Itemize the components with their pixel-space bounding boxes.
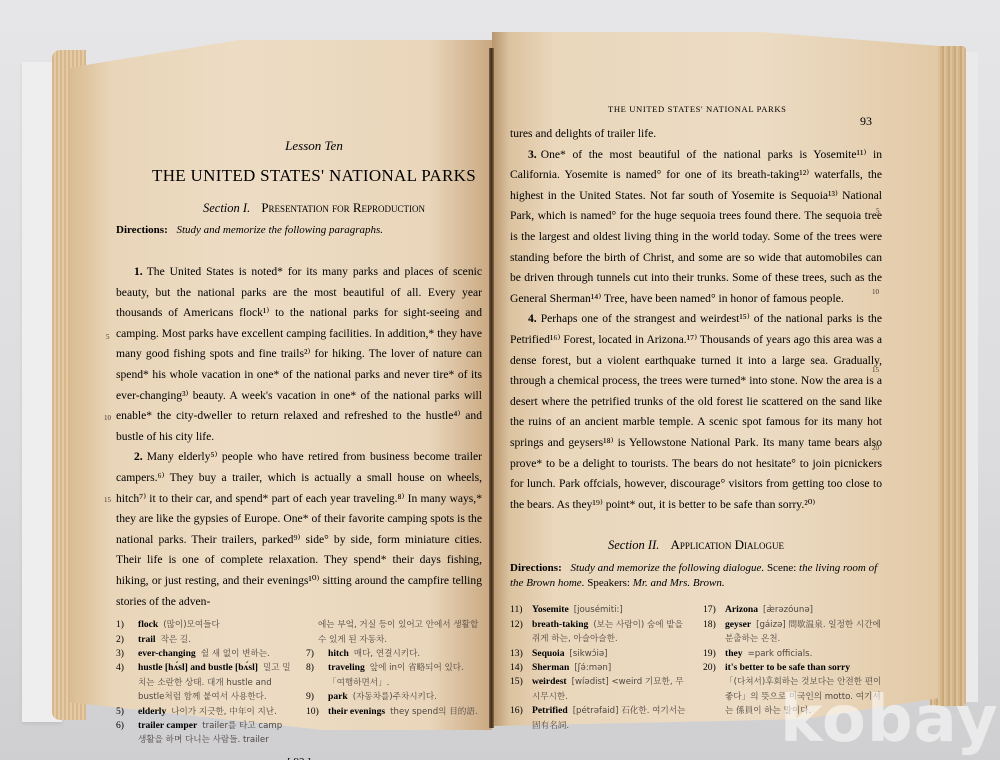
footnote: 16)Petrified[pétrəfaid] 石化한. 여기서는 固有名詞. (510, 704, 689, 733)
paragraph-2: 2.Many elderly⁵⁾ people who have retired… (116, 447, 482, 612)
paragraph-number: 2. (134, 450, 143, 463)
directions-text: Study and memorize the following paragra… (176, 224, 383, 236)
footnote: 8)traveling앞에 in이 省略되어 있다. 「여행하면서」. (306, 661, 482, 690)
directions-text: Study and memorize the following dialogu… (570, 562, 764, 574)
section-name: Application Dialogue (670, 537, 784, 552)
paragraph-continuation: tures and delights of trailer life. (510, 124, 882, 145)
page-folio: [ 92 ] (116, 756, 482, 760)
section-heading: Section II. Application Dialogue (510, 537, 882, 553)
book-photo: Lesson Ten THE UNITED STATES' NATIONAL P… (0, 0, 1000, 760)
line-number: 15 (104, 496, 111, 504)
line-number: 10 (872, 288, 879, 296)
paragraph-1: 1.The United States is noted* for its ma… (116, 262, 482, 447)
book-gutter (489, 48, 494, 728)
running-head: THE UNITED STATES' NATIONAL PARKS (608, 104, 787, 114)
speakers-text: Mr. and Mrs. Brown. (633, 577, 725, 589)
footnote: 6)trailer campertrailer를 타고 camp 생활을 하며 … (116, 719, 292, 748)
footnotes-column-1: 1)flock(많이)모여들다 2)trail작은 길. 3)ever-chan… (116, 618, 292, 748)
watermark-logo: kobay (780, 688, 999, 752)
section-number: Section II. (608, 538, 659, 552)
paragraph-text: Perhaps one of the strangest and weirdes… (510, 312, 882, 510)
footnote: 12)breath-taking(보는 사람이) 숨에 밭을 쥐게 하는, 아슬… (510, 618, 689, 647)
line-number: 20 (872, 444, 879, 452)
section-number: Section I. (203, 201, 250, 215)
footnote-continuation: 에는 부엌, 거실 등이 있어고 안에서 생활할 수 있게 된 자동차. (306, 618, 482, 647)
footnote: 11)Yosemite[jousémiti:] (510, 603, 689, 617)
footnotes-column-2: 에는 부엌, 거실 등이 있어고 안에서 생활할 수 있게 된 자동차. 7)h… (306, 618, 482, 748)
footnote: 13)Sequoia[sikwɔ́iə] (510, 647, 689, 661)
footnotes: 1)flock(많이)모여들다 2)trail작은 길. 3)ever-chan… (116, 618, 482, 748)
paragraph-number: 3. (528, 148, 537, 161)
line-number: 5 (876, 207, 880, 215)
directions: Directions: Study and memorize the follo… (510, 561, 882, 591)
footnote: 4)hustle [hʌ́sl] and bustle [bʌ́sl]밀고 밀치… (116, 661, 292, 704)
footnote: 1)flock(많이)모여들다 (116, 618, 292, 632)
right-page-content: tures and delights of trailer life. 3.On… (510, 124, 882, 733)
directions-label: Directions: (116, 224, 168, 236)
paragraph-3: 3.One* of the most beautiful of the nati… (510, 145, 882, 310)
directions: Directions: Study and memorize the follo… (116, 224, 482, 236)
paragraph-text: Many elderly⁵⁾ people who have retired f… (116, 450, 482, 607)
section-name: Presentation for Reproduction (261, 200, 425, 215)
footnote: 7)hitch매다, 연결시키다. (306, 647, 482, 661)
footnote: 10)their eveningsthey spend의 目的語. (306, 705, 482, 719)
left-page-content: Lesson Ten THE UNITED STATES' NATIONAL P… (116, 138, 482, 760)
paragraph-text: The United States is noted* for its many… (116, 265, 482, 443)
footnote: 2)trail작은 길. (116, 633, 292, 647)
paragraph-number: 4. (528, 312, 537, 325)
footnote: 19)they=park officials. (703, 647, 882, 661)
footnote: 15)weirdest[wíədist] <weird 기묘한, 무시무시한. (510, 675, 689, 704)
footnote: 14)Sherman[ʃə́:mən] (510, 661, 689, 675)
line-number: 15 (872, 366, 879, 374)
lesson-title: Lesson Ten (146, 138, 482, 154)
footnote: 9)park(자동차를)주차시키다. (306, 690, 482, 704)
footnote: 5)elderly나이가 지긋한, 中年이 지난. (116, 705, 292, 719)
lesson-heading: THE UNITED STATES' NATIONAL PARKS (146, 166, 482, 186)
scene-label: Scene: (767, 562, 796, 574)
footnote: 17)Arizona[æ̀rəzóunə] (703, 603, 882, 617)
paragraph-4: 4.Perhaps one of the strangest and weird… (510, 309, 882, 515)
footnote: 3)ever-changing쉴 새 없이 변하는. (116, 647, 292, 661)
line-number: 5 (106, 333, 110, 341)
directions-label: Directions: (510, 562, 562, 574)
paragraph-number: 1. (134, 265, 143, 278)
line-number: 10 (104, 414, 111, 422)
footnote: 18)geyser[gáizə] 間歇温泉. 일정한 시간에 분출하는 온천. (703, 618, 882, 647)
speakers-label: Speakers: (587, 577, 630, 589)
paragraph-text: One* of the most beautiful of the nation… (510, 148, 882, 305)
section-heading: Section I. Presentation for Reproduction (146, 200, 482, 216)
footnotes-column-1: 11)Yosemite[jousémiti:] 12)breath-taking… (510, 603, 689, 733)
